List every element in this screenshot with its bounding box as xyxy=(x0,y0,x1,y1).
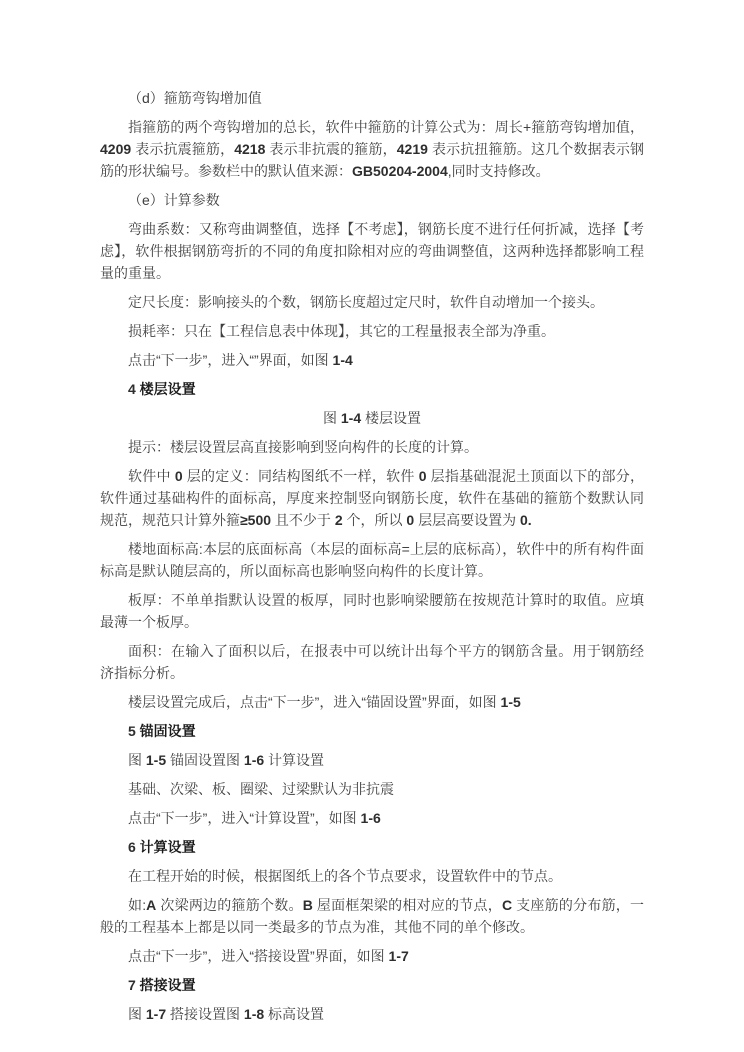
paragraph-non-seismic-default: 基础、次梁、板、圈梁、过梁默认为非抗震 xyxy=(100,778,644,800)
paragraph-floor-height-tip: 提示：楼层设置层高直接影响到竖向构件的长度的计算。 xyxy=(100,436,644,458)
subitem-e-calc-parameters: （e）计算参数 xyxy=(100,189,644,211)
subitem-d-hoop-hook-value: （d）箍筋弯钩增加值 xyxy=(100,87,644,109)
paragraph-next-step-fig-1-4: 点击“下一步”，进入“”界面，如图 1-4 xyxy=(100,349,644,371)
paragraph-floor-elevation: 楼地面标高:本层的底面标高（本层的面标高=上层的底标高），软件中的所有构件面标高… xyxy=(100,538,644,582)
paragraph-node-examples: 如:A 次梁两边的箍筋个数。B 屋面框架梁的相对应的节点，C 支座筋的分布筋，一… xyxy=(100,894,644,938)
paragraph-project-start-nodes: 在工程开始的时候，根据图纸上的各个节点要求，设置软件中的节点。 xyxy=(100,865,644,887)
figure-caption-1-4: 图 1-4 楼层设置 xyxy=(100,407,644,429)
paragraph-next-step-fig-1-6: 点击“下一步”，进入“计算设置”，如图 1-6 xyxy=(100,807,644,829)
section-heading-anchor-settings: 5 锚固设置 xyxy=(100,720,644,742)
paragraph-next-step-fig-1-7: 点击“下一步”，进入“搭接设置”界面，如图 1-7 xyxy=(100,945,644,967)
section-heading-floor-settings: 4 楼层设置 xyxy=(100,378,644,400)
figure-caption-1-7-1-8: 图 1-7 搭接设置图 1-8 标高设置 xyxy=(100,1003,644,1025)
paragraph-zero-floor-definition: 软件中 0 层的定义：同结构图纸不一样，软件 0 层指基础混泥土顶面以下的部分，… xyxy=(100,465,644,531)
paragraph-loss-rate: 损耗率：只在【工程信息表中体现】，其它的工程量报表全部为净重。 xyxy=(100,320,644,342)
paragraph-area-statistic: 面积：在输入了面积以后，在报表中可以统计出每个平方的钢筋含量。用于钢筋经济指标分… xyxy=(100,640,644,684)
paragraph-stock-length: 定尺长度：影响接头的个数，钢筋长度超过定尺时，软件自动增加一个接头。 xyxy=(100,291,644,313)
figure-caption-1-5-1-6: 图 1-5 锚固设置图 1-6 计算设置 xyxy=(100,749,644,771)
paragraph-hoop-hook-formula: 指箍筋的两个弯钩增加的总长，软件中箍筋的计算公式为：周长+箍筋弯钩增加值，420… xyxy=(100,116,644,182)
section-heading-lap-settings: 7 搭接设置 xyxy=(100,974,644,996)
paragraph-next-step-fig-1-5: 楼层设置完成后，点击“下一步”，进入“锚固设置”界面，如图 1-5 xyxy=(100,691,644,713)
paragraph-bend-coefficient: 弯曲系数：又称弯曲调整值，选择【不考虑】，钢筋长度不进行任何折减，选择【考虑】，… xyxy=(100,218,644,284)
paragraph-slab-thickness: 板厚：不单单指默认设置的板厚，同时也影响梁腰筋在按规范计算时的取值。应填最薄一个… xyxy=(100,589,644,633)
section-heading-calc-settings: 6 计算设置 xyxy=(100,836,644,858)
document-page: （d）箍筋弯钩增加值 指箍筋的两个弯钩增加的总长，软件中箍筋的计算公式为：周长+… xyxy=(100,87,644,1032)
